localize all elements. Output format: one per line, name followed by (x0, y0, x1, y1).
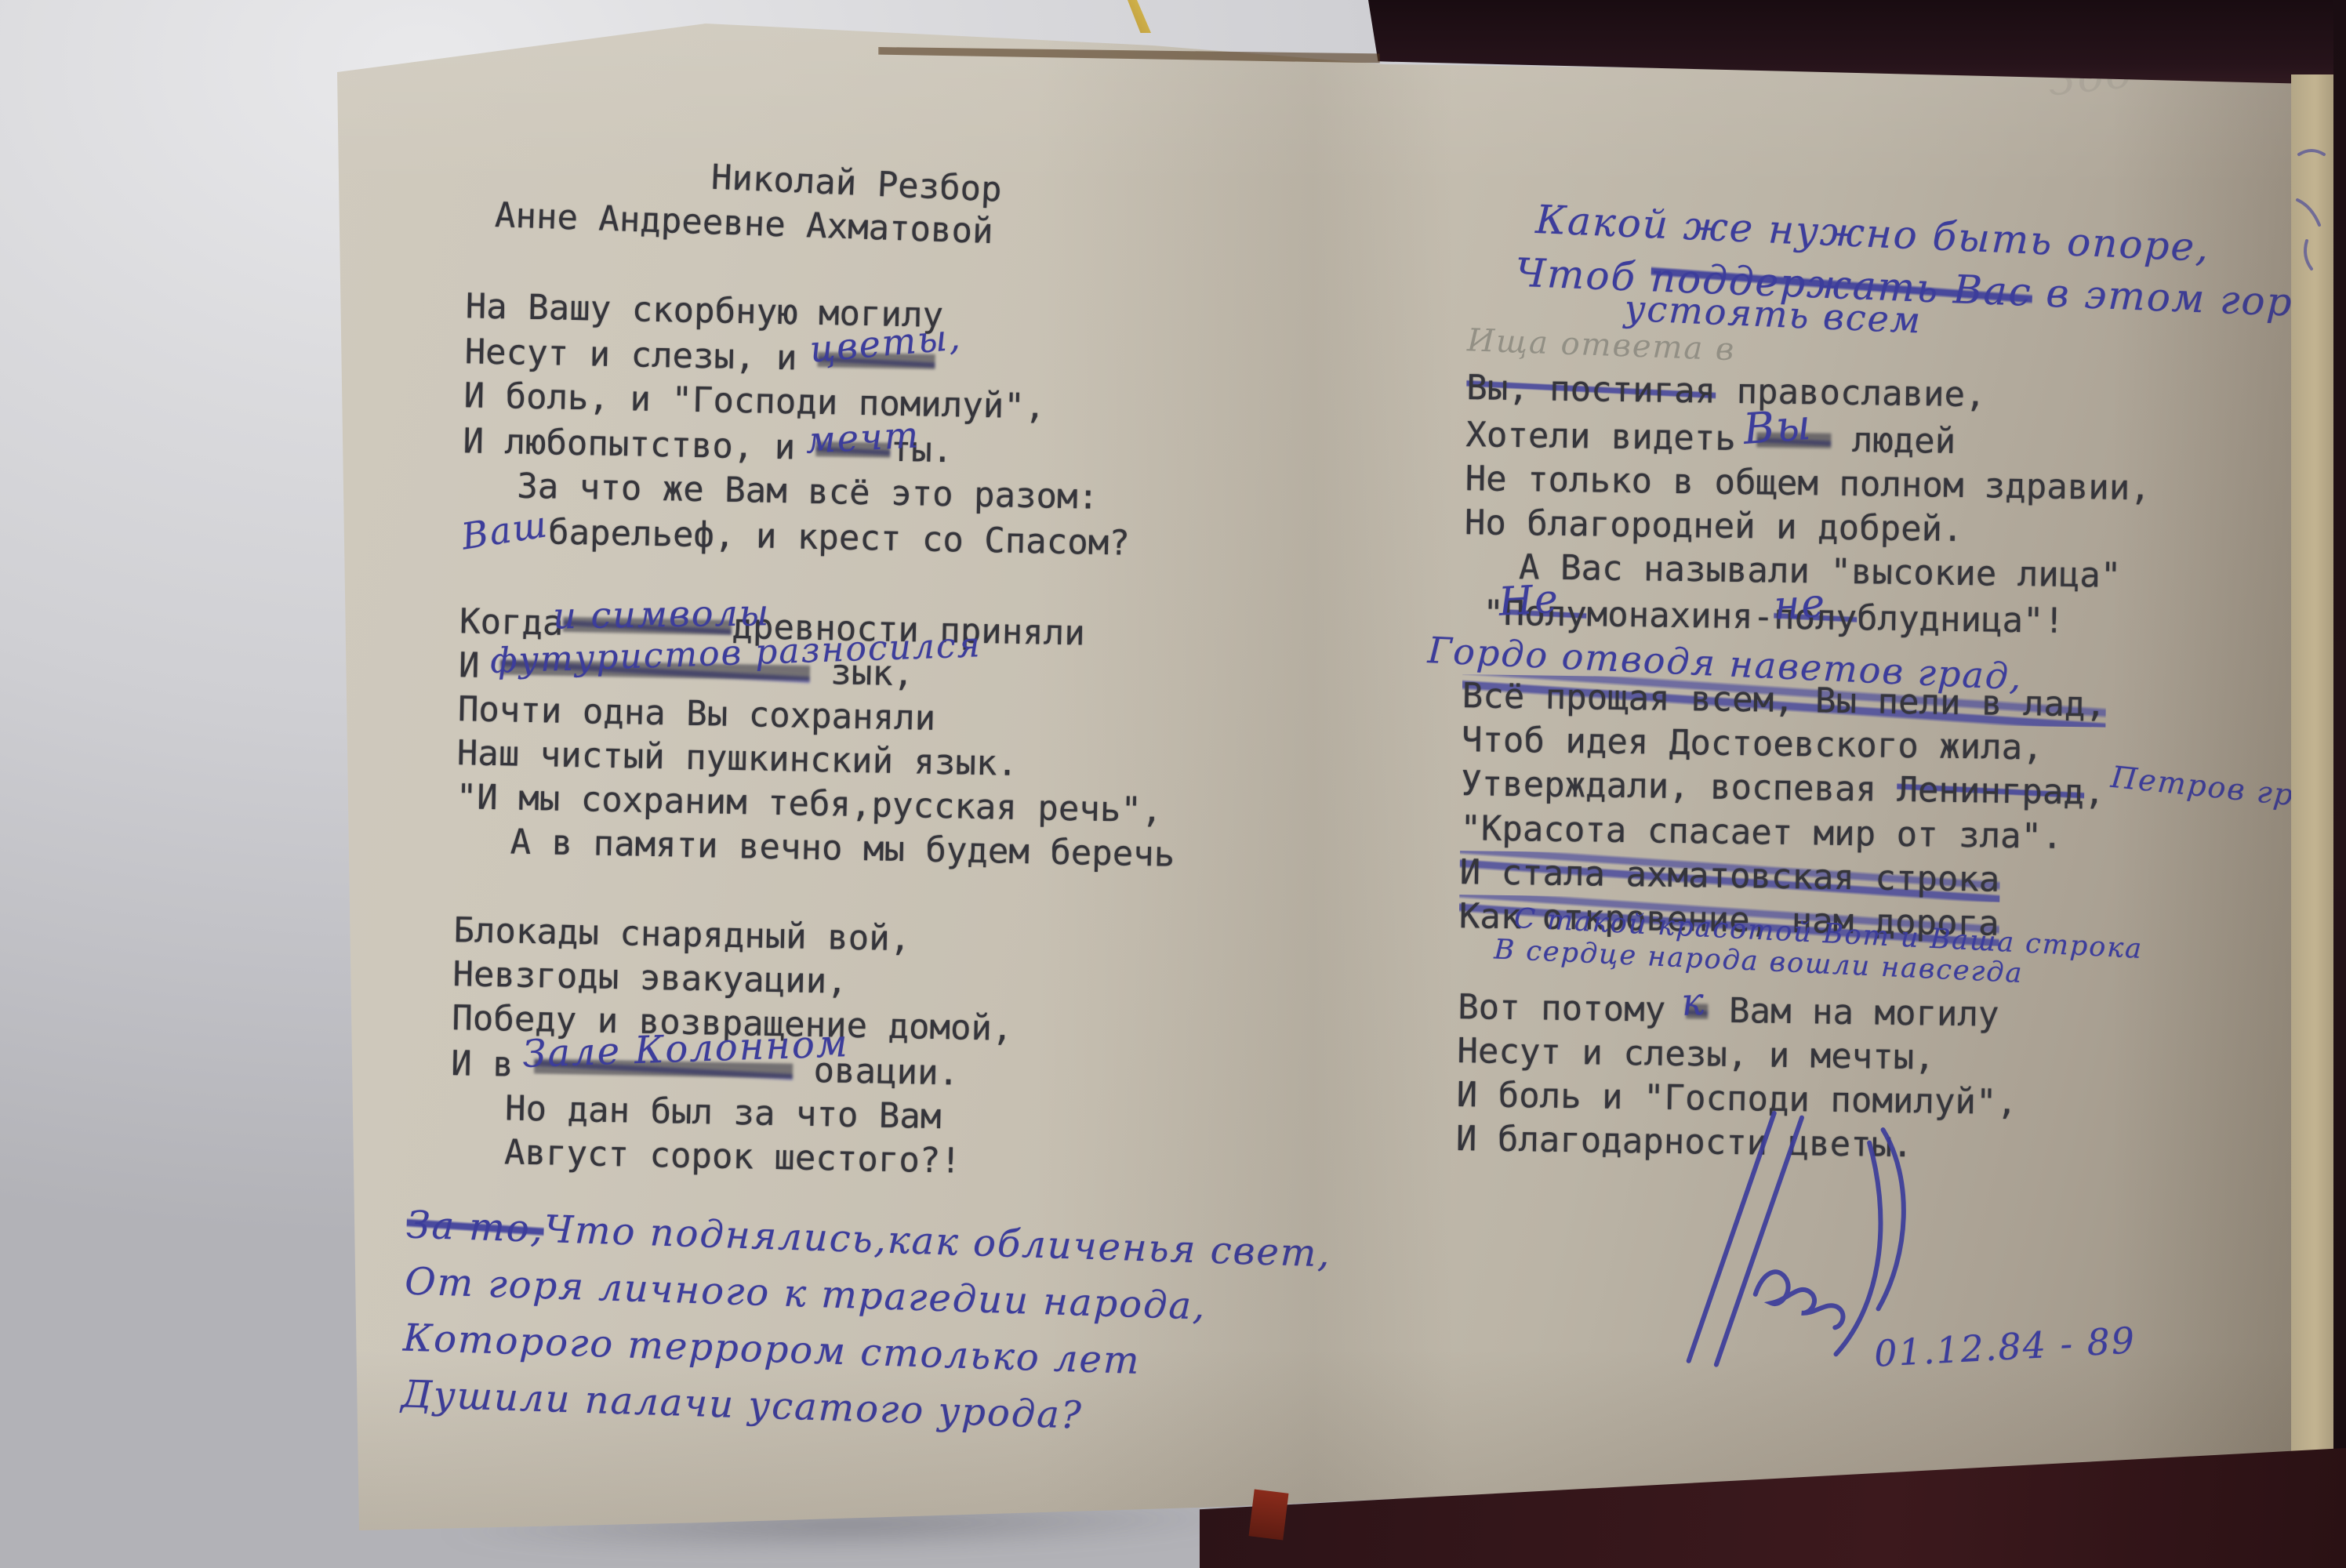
typed-text: барельеф, и крест со Спасом? (548, 510, 1131, 565)
left-page-typed-poem: Николай РезборАнне Андреевне АхматовойНа… (449, 154, 1188, 1187)
signature-flourish-icon (1632, 1091, 2003, 1370)
typed-text: людей (1831, 419, 1956, 464)
typed-text: Август сорок шестого?! (504, 1131, 962, 1183)
open-book-pages: Николай РезборАнне Андреевне АхматовойНа… (0, 0, 2346, 1568)
left-page-handwritten-stanza: За то,Что поднялись,как обличенья свет,О… (401, 1197, 1332, 1452)
strikethrough-typed: Ленинград (1897, 768, 2084, 815)
typed-text: , (2083, 771, 2104, 815)
gold-speck (1128, 0, 1151, 33)
right-page-column: Какой же нужно быть опоре,Чтоб поддержат… (1456, 204, 2346, 1174)
typed-text: монахиня- (1586, 593, 1774, 639)
typed-text: Вот потому (1458, 985, 1687, 1033)
strikethrough-typed: Вы, постигая (1466, 366, 1716, 413)
typed-text: Невзгоды эвакуации, (452, 953, 848, 1004)
ink-smear-icon (2293, 145, 2332, 278)
typed-text: Но благородней и добрей. (1465, 501, 1963, 552)
ink-overwrite: и символы (553, 593, 554, 637)
strikethrough-typed: И стала ахматовская строка (1459, 851, 1999, 902)
pencil-note: Ища ответа в (1466, 321, 1736, 369)
photo-of-open-book: Николай РезборАнне Андреевне АхматовойНа… (0, 0, 2346, 1568)
typed-text: Несут и слезы, и мечты, (1457, 1029, 1935, 1080)
handwritten-ink: Ваш (459, 502, 551, 558)
book-cover-right-edge (2333, 0, 2346, 1568)
typed-text: Чтоб идея Достоевского жила, (1462, 718, 2043, 770)
typed-text: Утверждали, воспевая (1461, 762, 1897, 812)
typed-text: И любопытство, и (463, 419, 816, 470)
page-stack-edge (2291, 74, 2335, 1464)
typed-text: Несут и слезы, и (464, 330, 818, 381)
typed-text: блудница"! (1857, 597, 2065, 644)
strikethrough-ink: За то, (406, 1197, 546, 1258)
typed-text: Вам на могилу (1708, 989, 1999, 1037)
typed-text: Хотели видеть (1465, 413, 1757, 461)
cover-red-fabric (1249, 1490, 1289, 1541)
